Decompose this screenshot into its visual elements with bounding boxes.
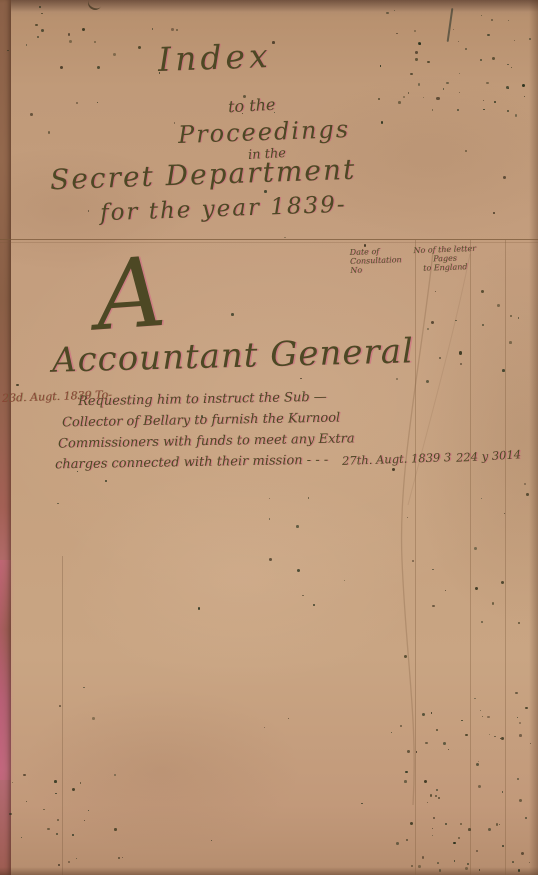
speckle-dot — [503, 176, 506, 179]
column-rule-3 — [505, 240, 506, 875]
speckle-dot — [76, 102, 78, 104]
speckle-dot — [344, 580, 346, 582]
speckle-dot — [507, 64, 508, 65]
entry-reference-number: 224 y 3014 — [456, 447, 522, 464]
stray-ink-dash — [447, 8, 454, 42]
entry-body-line-3: Commissioners with funds to meet any Ext… — [58, 431, 355, 451]
speckle-dot — [432, 835, 433, 836]
speckle-dot — [436, 729, 438, 731]
speckle-dot — [500, 738, 502, 740]
speckle-dot — [432, 569, 434, 571]
speckle-dot — [122, 857, 123, 858]
speckle-dot — [30, 113, 33, 116]
title-index: Index — [157, 36, 272, 79]
speckle-dot — [407, 517, 408, 518]
speckle-dot — [519, 734, 522, 737]
speckle-dot — [436, 97, 439, 100]
speckle-dot — [422, 856, 424, 858]
speckle-dot — [487, 34, 489, 36]
speckle-dot — [400, 725, 402, 727]
speckle-dot — [474, 698, 476, 700]
speckle-dot — [302, 595, 304, 597]
speckle-dot — [455, 320, 456, 321]
entry-body-line-2: Collector of Bellary to furnish the Kurn… — [62, 411, 340, 431]
speckle-dot — [198, 607, 200, 609]
speckle-dot — [511, 67, 512, 68]
speckle-dot — [443, 88, 445, 90]
speckle-dot — [502, 791, 504, 793]
speckle-dot — [412, 560, 414, 562]
speckle-dot — [47, 828, 49, 830]
speckle-dot — [481, 290, 484, 293]
speckle-dot — [474, 547, 477, 550]
speckle-dot — [308, 497, 310, 499]
speckle-dot — [508, 20, 510, 22]
speckle-dot — [404, 655, 407, 658]
column-header-to-england: to England — [423, 262, 468, 273]
speckle-dot — [514, 40, 515, 41]
speckle-dot — [458, 41, 460, 43]
speckle-dot — [519, 722, 521, 724]
speckle-dot — [269, 558, 272, 561]
speckle-dot — [72, 834, 74, 836]
speckle-dot — [460, 823, 462, 825]
speckle-dot — [458, 837, 461, 840]
speckle-dot — [288, 718, 289, 719]
speckle-dot — [480, 59, 482, 61]
speckle-dot — [481, 15, 482, 16]
speckle-dot — [517, 778, 518, 779]
speckle-dot — [381, 121, 384, 124]
speckle-dot — [483, 109, 484, 110]
speckle-dot — [496, 823, 499, 826]
speckle-dot — [515, 692, 518, 695]
speckle-dot — [94, 41, 97, 44]
speckle-dot — [465, 150, 468, 153]
speckle-dot — [105, 480, 107, 482]
speckle-dot — [424, 780, 427, 783]
speckle-dot — [459, 351, 462, 354]
speckle-dot — [26, 801, 27, 802]
speckle-dot — [497, 304, 500, 307]
speckle-dot — [211, 840, 213, 842]
speckle-dot — [284, 237, 286, 239]
speckle-dot — [481, 621, 483, 623]
speckle-dot — [525, 707, 527, 709]
speckle-dot — [68, 33, 71, 36]
speckle-dot — [391, 732, 392, 733]
speckle-dot — [54, 780, 57, 783]
speckle-dot — [37, 36, 39, 38]
speckle-dot — [522, 84, 525, 87]
speckle-dot — [501, 581, 504, 584]
header-horizontal-rule — [0, 239, 538, 240]
speckle-dot — [521, 852, 524, 855]
speckle-dot — [408, 92, 409, 93]
speckle-dot — [414, 30, 416, 32]
speckle-dot — [313, 604, 315, 606]
speckle-dot — [426, 380, 429, 383]
speckle-dot — [501, 737, 504, 740]
speckle-dot — [415, 51, 418, 54]
speckle-dot — [405, 771, 407, 773]
speckle-dot — [519, 799, 522, 802]
speckle-dot — [427, 328, 429, 330]
speckle-dot — [481, 498, 483, 500]
manuscript-page: Index to the Proceedings in the Secret D… — [0, 0, 538, 875]
column-rule-1 — [415, 240, 416, 875]
speckle-dot — [492, 602, 495, 605]
speckle-dot — [43, 809, 45, 811]
speckle-dot — [453, 29, 454, 30]
speckle-dot — [171, 28, 174, 31]
speckle-dot — [404, 780, 407, 783]
speckle-dot — [410, 822, 413, 825]
speckle-dot — [445, 590, 447, 592]
speckle-dot — [386, 12, 388, 14]
title-proceedings: Proceedings — [178, 115, 351, 149]
page-right-edge-shadow — [529, 0, 538, 875]
speckle-dot — [482, 716, 483, 717]
entry-body-line-4: charges connected with their mission - -… — [55, 453, 328, 473]
speckle-dot — [508, 88, 510, 90]
column-header-letter-pages: No of the letter Pages to England — [406, 244, 485, 274]
speckle-dot — [427, 802, 428, 803]
speckle-dot — [433, 817, 435, 819]
speckle-dot — [459, 92, 460, 93]
speckle-dot — [459, 73, 460, 74]
speckle-dot — [457, 109, 459, 111]
speckle-dot — [446, 82, 449, 85]
speckle-dot — [97, 102, 98, 103]
speckle-dot — [438, 797, 440, 799]
speckle-dot — [231, 313, 234, 316]
header-horizontal-rule-shadow — [0, 242, 538, 243]
speckle-dot — [435, 795, 438, 798]
speckle-dot — [482, 324, 484, 326]
speckle-dot — [486, 82, 489, 85]
speckle-dot — [443, 742, 446, 745]
speckle-dot — [174, 122, 176, 124]
speckle-dot — [378, 98, 380, 100]
speckle-dot — [138, 46, 141, 49]
speckle-dot — [465, 734, 468, 737]
speckle-dot — [415, 58, 417, 60]
speckle-dot — [57, 819, 59, 821]
speckle-dot — [48, 131, 50, 133]
speckle-dot — [80, 782, 82, 784]
speckle-dot — [406, 839, 408, 841]
speckle-dot — [483, 100, 484, 101]
speckle-dot — [432, 109, 434, 111]
speckle-dot — [41, 13, 43, 15]
speckle-dot — [454, 860, 456, 862]
speckle-dot — [69, 40, 72, 43]
speckle-dot — [494, 736, 496, 738]
speckle-dot — [476, 763, 479, 766]
speckle-dot — [68, 861, 70, 863]
speckle-dot — [493, 212, 495, 214]
speckle-dot — [448, 749, 449, 750]
binding-edge-pink-tint — [0, 560, 14, 780]
speckle-dot — [403, 96, 405, 98]
speckle-dot — [418, 42, 421, 45]
speckle-dot — [436, 789, 438, 791]
speckle-dot — [465, 48, 467, 50]
speckle-dot — [264, 727, 266, 729]
speckle-dot — [152, 28, 154, 30]
speckle-dot — [524, 483, 526, 485]
speckle-dot — [432, 605, 435, 608]
speckle-dot — [430, 794, 433, 797]
page-bottom-edge-shadow — [0, 867, 538, 875]
speckle-dot — [118, 857, 120, 859]
entry-result-date: 27th. Augt. 1839 3 — [342, 450, 452, 468]
speckle-dot — [423, 97, 424, 98]
speckle-dot — [427, 61, 430, 64]
speckle-dot — [83, 687, 85, 689]
speckle-dot — [478, 785, 481, 788]
column-header-consultation: Date of Consultation No — [350, 246, 409, 275]
speckle-dot — [416, 751, 418, 753]
speckle-dot — [476, 850, 478, 852]
speckle-dot — [113, 53, 116, 56]
speckle-dot — [410, 73, 413, 76]
column-header-letter-pages-line1: No of the letter Pages — [413, 244, 476, 263]
speckle-dot — [467, 863, 469, 865]
speckle-dot — [76, 858, 77, 859]
speckle-dot — [392, 468, 395, 471]
speckle-dot — [82, 28, 85, 31]
page-top-edge-shadow — [0, 0, 538, 12]
speckle-dot — [16, 384, 19, 387]
speckle-dot — [518, 622, 520, 624]
speckle-dot — [84, 820, 85, 821]
speckle-dot — [480, 710, 481, 711]
speckle-dot — [269, 518, 271, 520]
speckle-dot — [380, 65, 381, 66]
speckle-dot — [453, 842, 456, 845]
speckle-dot — [445, 823, 447, 825]
title-for-the-year-1839: for the year 1839- — [100, 192, 347, 227]
speckle-dot — [478, 761, 480, 763]
speckle-dot — [524, 96, 526, 98]
column-rule-2 — [470, 240, 471, 875]
speckle-dot — [396, 842, 399, 845]
speckle-dot — [396, 33, 398, 35]
speckle-dot — [21, 837, 22, 838]
speckle-dot — [56, 833, 58, 835]
speckle-dot — [422, 713, 425, 716]
speckle-dot — [176, 29, 178, 31]
entry-body-line-1: Requesting him to instruct the Sub — — [78, 390, 327, 409]
speckle-dot — [407, 750, 410, 753]
speckle-dot — [97, 66, 100, 69]
title-to-the: to the — [228, 95, 276, 116]
speckle-dot — [398, 101, 401, 104]
speckle-dot — [525, 817, 528, 820]
speckle-dot — [114, 828, 116, 830]
speckle-dot — [41, 29, 44, 32]
speckle-dot — [461, 720, 463, 722]
speckle-dot — [296, 525, 299, 528]
speckle-dot — [492, 57, 495, 60]
speckle-dot — [23, 774, 25, 776]
speckle-dot — [499, 824, 500, 825]
speckle-dot — [88, 210, 90, 212]
vertical-fold-line — [62, 556, 63, 875]
speckle-dot — [488, 828, 491, 831]
speckle-dot — [512, 861, 514, 863]
speckle-dot — [92, 717, 95, 720]
speckle-dot — [502, 845, 504, 847]
speckle-dot — [431, 712, 432, 713]
speckle-dot — [72, 788, 75, 791]
speckle-dot — [510, 315, 512, 317]
speckle-dot — [475, 587, 478, 590]
speckle-dot — [264, 190, 267, 193]
speckle-dot — [60, 66, 63, 69]
speckle-dot — [297, 569, 300, 572]
speckle-dot — [35, 24, 37, 26]
speckle-dot — [432, 828, 433, 829]
speckle-dot — [55, 793, 56, 794]
speckle-dot — [437, 862, 439, 864]
title-secret-department: Secret Department — [50, 153, 357, 197]
speckle-dot — [518, 317, 520, 319]
speckle-dot — [517, 717, 518, 718]
speckle-dot — [431, 321, 434, 324]
speckle-dot — [300, 378, 302, 380]
speckle-dot — [435, 291, 436, 292]
speckle-dot — [57, 503, 59, 505]
speckle-dot — [396, 378, 398, 380]
section-heading-accountant-general: Accountant General — [52, 331, 415, 380]
speckle-dot — [494, 101, 496, 103]
speckle-dot — [515, 114, 517, 116]
speckle-dot — [59, 705, 61, 707]
speckle-dot — [507, 110, 509, 112]
speckle-dot — [114, 774, 116, 776]
speckle-dot — [88, 810, 89, 811]
speckle-dot — [419, 43, 420, 44]
speckle-dot — [12, 782, 13, 783]
speckle-dot — [489, 734, 490, 735]
speckle-dot — [509, 341, 512, 344]
speckle-dot — [439, 357, 442, 360]
speckle-dot — [361, 803, 362, 804]
speckle-dot — [425, 742, 428, 745]
speckle-dot — [491, 19, 493, 21]
speckle-dot — [487, 716, 490, 719]
speckle-dot — [460, 363, 462, 365]
section-initial-a: A — [92, 236, 169, 353]
speckle-dot — [506, 86, 509, 89]
speckle-dot — [418, 83, 421, 86]
speckle-dot — [269, 498, 270, 499]
speckle-dot — [26, 44, 28, 46]
speckle-dot — [272, 41, 275, 44]
